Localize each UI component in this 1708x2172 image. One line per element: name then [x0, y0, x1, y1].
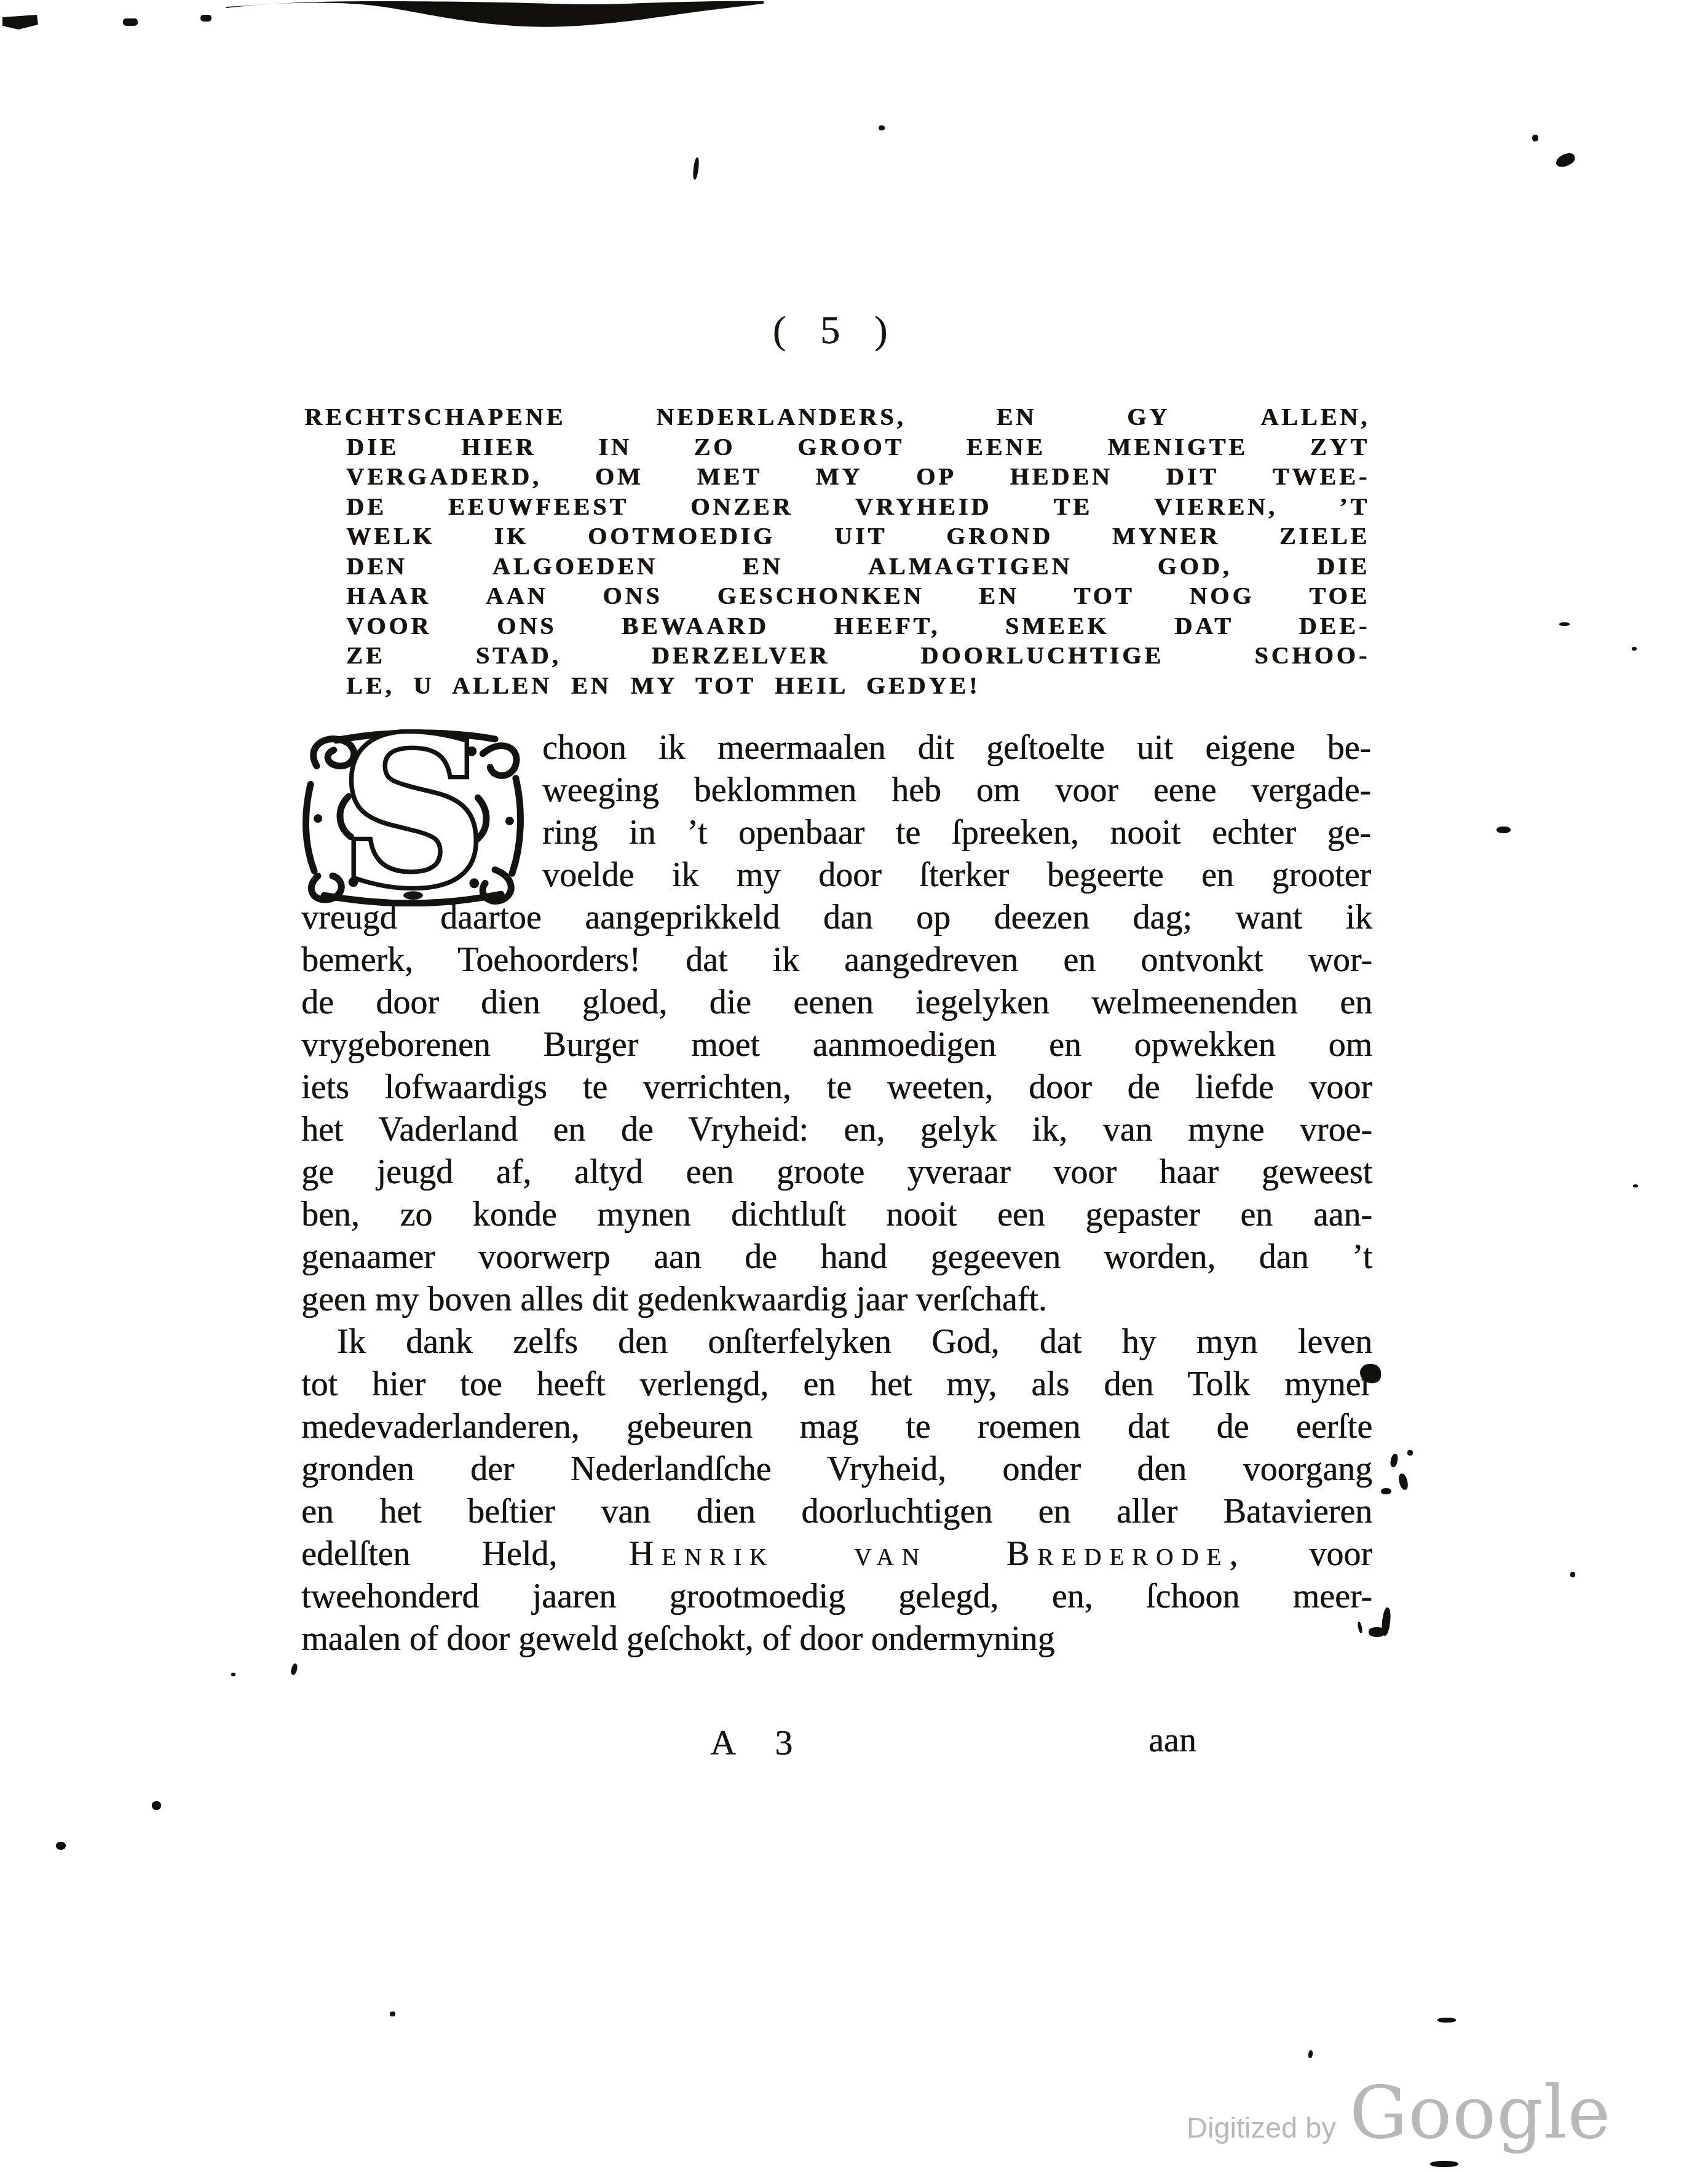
ink-speck — [1632, 647, 1637, 651]
google-logo: Google — [1350, 2070, 1611, 2155]
paragraph2-lines: Ik dank zelfs den onſterfelyken God, dat… — [301, 1321, 1372, 1660]
text-run: edelſten Held, — [301, 1535, 628, 1573]
body-line: ge jeugd af, altyd een groote yveraar vo… — [301, 1151, 1372, 1194]
body-line: choon ik meermaalen dit geſtoelte uit ei… — [542, 727, 1371, 769]
ink-speck — [1398, 1473, 1409, 1491]
scanned-book-page: ( 5 ) RECHTSCHAPENENEDERLANDERS,ENGYALLE… — [0, 0, 1708, 2172]
body-line: maalen of door geweld geſchokt, of door … — [301, 1618, 1372, 1660]
header-line: WELKIKOOTMOEDIGUITGRONDMYNERZIELE — [346, 523, 1370, 553]
header-line: RECHTSCHAPENENEDERLANDERS,ENGYALLEN, — [304, 403, 1370, 434]
ink-speck — [1390, 1453, 1399, 1468]
body-line: Ik dank zelfs den onſterfelyken God, dat… — [301, 1321, 1372, 1363]
paragraph1-lines: vreugd daartoe aangeprikkeld dan op deez… — [301, 897, 1372, 1321]
paragraph1-indented-lines: choon ik meermaalen dit geſtoelte uit ei… — [542, 727, 1371, 897]
ink-speck — [390, 2011, 395, 2016]
ink-speck — [692, 157, 700, 180]
body-line: voelde ik my door ſterker begeerte en gr… — [542, 854, 1371, 897]
header-line: VOORONSBEWAARDHEEFT,SMEEKDATDEE- — [346, 612, 1370, 643]
ink-speck — [1633, 1184, 1638, 1187]
header-line: LE, U ALLEN EN MY TOT HEIL GEDYE! — [346, 672, 1370, 702]
body-line: de door dien gloed, die eenen iegelyken … — [301, 981, 1372, 1024]
header-line: DIEHIERINZOGROOTEENEMENIGTEZYT — [346, 434, 1370, 464]
ornate-initial: S — [299, 729, 528, 906]
ink-speck — [1308, 2050, 1313, 2058]
body-line: bemerk, Toehoorders! dat ik aangedreven … — [301, 939, 1372, 981]
header-line: ZESTAD,DERZELVERDOORLUCHTIGESCHOO- — [346, 642, 1370, 672]
ink-speck — [1407, 1450, 1413, 1456]
body-line: ben, zo konde mynen dichtluſt nooit een … — [301, 1194, 1372, 1236]
body-line: genaamer voorwerp aan de hand gegeeven w… — [301, 1236, 1372, 1278]
body-line: iets lofwaardigs te verrichten, te weete… — [301, 1066, 1372, 1109]
body-line: en het beſtier van dien doorluchtigen en… — [301, 1491, 1372, 1533]
ink-speck — [1496, 826, 1511, 833]
body-line: vrygeborenen Burger moet aanmoedigen en … — [301, 1024, 1372, 1066]
body-line: tot hier toe heeft verlengd, en het my, … — [301, 1363, 1372, 1406]
page-number: ( 5 ) — [301, 307, 1371, 353]
ink-speck — [1570, 1572, 1575, 1577]
scan-smudge-top — [0, 0, 799, 43]
ink-speck — [1437, 2018, 1456, 2023]
catchword: aan — [1149, 1721, 1196, 1760]
body-line: weeging beklommen heb om voor eene verga… — [542, 769, 1371, 812]
person-name-small-caps: Henrik van Brederode — [628, 1535, 1229, 1573]
ink-speck — [1559, 622, 1570, 626]
body-line: gronden der Nederlandſche Vryheid, onder… — [301, 1448, 1372, 1491]
ink-speck — [56, 1842, 66, 1850]
header-line: DEEEUWFEESTONZERVRYHEIDTEVIEREN,’T — [346, 493, 1370, 523]
header-line: HAARAANONSGESCHONKENENTOTNOGTOE — [346, 582, 1370, 612]
body-line: ring in ’t openbaar te ſpreeken, nooit e… — [542, 812, 1371, 854]
header-line: VERGADERD,OMMETMYOPHEDENDITTWEE- — [346, 463, 1370, 493]
watermark-text: Digitized by — [1187, 2111, 1336, 2144]
ink-speck — [1381, 1488, 1391, 1494]
header-line: DENALGOEDENENALMAGTIGENGOD,DIE — [346, 553, 1370, 583]
body-line: edelſten Held, Henrik van Brederode, voo… — [301, 1533, 1372, 1575]
ink-speck — [1430, 2161, 1458, 2167]
body-line: vreugd daartoe aangeprikkeld dan op deez… — [301, 897, 1372, 939]
drop-cap-letter: S — [341, 729, 486, 906]
ink-speck — [879, 125, 885, 130]
body-line: medevaderlanderen, gebeuren mag te roeme… — [301, 1406, 1372, 1448]
body-line: het Vaderland en de Vryheid: en, gelyk i… — [301, 1109, 1372, 1151]
watermark: Digitized by Google — [1187, 2070, 1611, 2155]
ink-speck — [290, 1663, 298, 1676]
body-line: tweehonderd jaaren grootmoedig gelegd, e… — [301, 1575, 1372, 1618]
body-line: geen my boven alles dit gedenkwaardig ja… — [301, 1278, 1372, 1321]
ink-speck — [231, 1673, 235, 1676]
signature-mark: A 3 — [710, 1722, 809, 1763]
ink-speck — [152, 1801, 161, 1810]
ink-speck — [1532, 135, 1538, 141]
text-run: , voor — [1229, 1535, 1372, 1573]
ink-speck — [1554, 151, 1577, 169]
header-block: RECHTSCHAPENENEDERLANDERS,ENGYALLEN,DIEH… — [346, 403, 1370, 702]
